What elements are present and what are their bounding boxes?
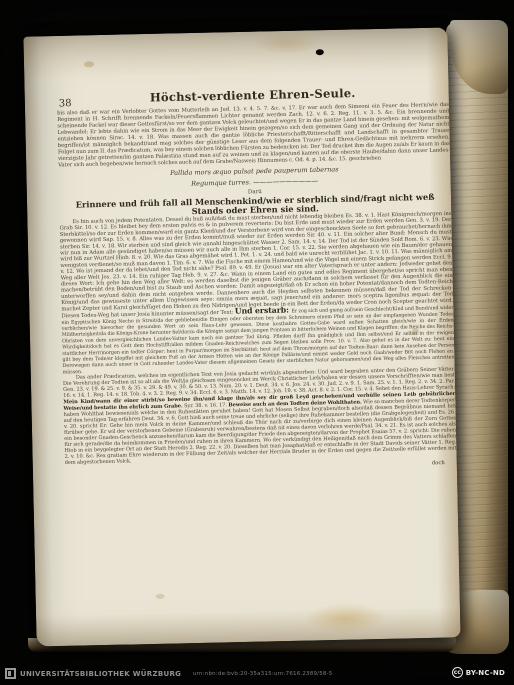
text-column: 38 Höchst-verdiente Ehren-Seule. bis als… [57, 84, 457, 474]
license-label: BY-NC-ND [466, 669, 505, 677]
scanned-page: 38 Höchst-verdiente Ehren-Seule. bis als… [23, 27, 460, 646]
library-watermark-label: UNIVERSITÄTSBIBLIOTHEK WÜRZBURG [20, 670, 181, 678]
cc-license-badge: cc BY-NC-ND [452, 667, 505, 678]
body-block-1: Es bin auch von jedem Potentaten. Dessel… [60, 210, 454, 319]
intro-paragraph: bis also daß er war ein Verlobter Gottes… [57, 101, 450, 168]
library-watermark: UNIVERSITÄTSBIBLIOTHEK WÜRZBURG [5, 668, 181, 679]
watermark-footer-bar: UNIVERSITÄTSBIBLIOTHEK WÜRZBURG urn:nbn:… [0, 664, 514, 685]
wormhole-spot [316, 49, 324, 55]
page-number: 38 [59, 97, 72, 109]
body-paragraph-1: Es bin auch von jedem Potentaten. Dessel… [59, 210, 454, 375]
cc-icon: cc [452, 667, 463, 678]
foxing-spot [84, 61, 94, 67]
urn-label: urn:nbn:de:bvb:20-35a315:urn:7616.2389/5… [193, 671, 333, 677]
foxing-spot [156, 594, 165, 599]
library-logo-icon [5, 668, 16, 679]
body-paragraph-2: Das ander Prædicatum, welches im eigentl… [63, 366, 457, 466]
book-photo-scene: 38 Höchst-verdiente Ehren-Seule. bis als… [0, 0, 514, 685]
